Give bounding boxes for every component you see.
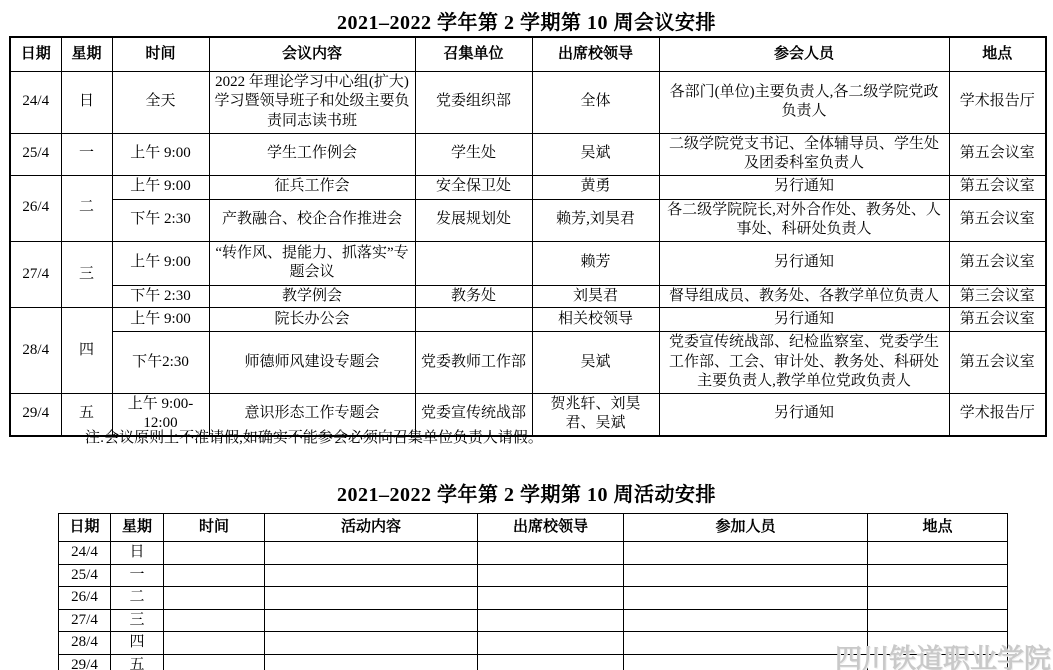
table-header-row: 日期 星期 时间 活动内容 出席校领导 参加人员 地点	[59, 514, 1008, 542]
cell-location: 第五会议室	[949, 175, 1046, 199]
column-header-content: 会议内容	[209, 37, 415, 71]
cell-participants: 另行通知	[659, 241, 949, 285]
column-header-location: 地点	[949, 37, 1046, 71]
column-header-participants: 参加人员	[624, 514, 868, 542]
cell-content	[265, 609, 478, 632]
cell-date: 27/4	[59, 609, 111, 632]
cell-date: 28/4	[10, 308, 61, 394]
cell-date: 28/4	[59, 632, 111, 655]
cell-week: 三	[111, 609, 164, 632]
cell-date: 25/4	[59, 564, 111, 587]
cell-date: 25/4	[10, 133, 61, 175]
cell-week: 日	[61, 71, 112, 133]
cell-week: 三	[61, 241, 112, 308]
cell-content: 师德师风建设专题会	[209, 332, 415, 394]
cell-location: 第五会议室	[949, 133, 1046, 175]
cell-time	[164, 654, 265, 670]
cell-participants: 各二级学院院长,对外合作处、教务处、人事处、科研处负责人	[659, 199, 949, 241]
cell-date: 24/4	[10, 71, 61, 133]
cell-unit	[415, 241, 532, 285]
cell-leaders	[478, 654, 624, 670]
cell-leaders: 赖芳,刘昊君	[532, 199, 659, 241]
activity-schedule-title: 2021–2022 学年第 2 学期第 10 周活动安排	[0, 478, 1053, 507]
cell-location: 学术报告厅	[949, 71, 1046, 133]
cell-date: 29/4	[10, 393, 61, 436]
cell-participants: 二级学院党支书记、全体辅导员、学生处及团委科室负责人	[659, 133, 949, 175]
cell-content: 2022 年理论学习中心组(扩大)学习暨领导班子和处级主要负责同志读书班	[209, 71, 415, 133]
cell-location	[868, 564, 1008, 587]
column-header-leaders: 出席校领导	[532, 37, 659, 71]
cell-date: 24/4	[59, 542, 111, 565]
cell-week: 四	[61, 308, 112, 394]
cell-week: 二	[111, 587, 164, 610]
cell-date: 26/4	[59, 587, 111, 610]
cell-participants: 党委宣传统战部、纪检监察室、党委学生工作部、工会、审计处、教务处、科研处主要负责…	[659, 332, 949, 394]
cell-leaders: 相关校领导	[532, 308, 659, 332]
cell-unit: 教务处	[415, 285, 532, 308]
cell-participants	[624, 609, 868, 632]
cell-participants	[624, 654, 868, 670]
cell-leaders	[478, 609, 624, 632]
meeting-schedule-table: 日期 星期 时间 会议内容 召集单位 出席校领导 参会人员 地点 24/4 日 …	[9, 36, 1047, 437]
cell-participants	[624, 632, 868, 655]
cell-date: 27/4	[10, 241, 61, 308]
cell-participants: 各部门(单位)主要负责人,各二级学院党政负责人	[659, 71, 949, 133]
cell-leaders: 贺兆轩、刘昊君、吴斌	[532, 393, 659, 436]
column-header-week: 星期	[111, 514, 164, 542]
cell-unit	[415, 308, 532, 332]
cell-unit: 党委教师工作部	[415, 332, 532, 394]
cell-time: 上午 9:00	[112, 308, 209, 332]
cell-time: 上午 9:00	[112, 175, 209, 199]
table-row: 25/4 一	[59, 564, 1008, 587]
cell-time	[164, 587, 265, 610]
cell-time	[164, 609, 265, 632]
cell-content	[265, 632, 478, 655]
cell-participants: 另行通知	[659, 308, 949, 332]
cell-content: 学生工作例会	[209, 133, 415, 175]
table-row: 27/4 三	[59, 609, 1008, 632]
cell-week: 五	[111, 654, 164, 670]
cell-time: 上午 9:00	[112, 241, 209, 285]
cell-content: 院长办公会	[209, 308, 415, 332]
cell-date: 29/4	[59, 654, 111, 670]
cell-participants	[624, 587, 868, 610]
cell-location	[868, 609, 1008, 632]
cell-week: 二	[61, 175, 112, 241]
cell-leaders: 黄勇	[532, 175, 659, 199]
table-row: 下午2:30 师德师风建设专题会 党委教师工作部 吴斌 党委宣传统战部、纪检监察…	[10, 332, 1046, 394]
cell-week: 一	[111, 564, 164, 587]
cell-leaders: 吴斌	[532, 332, 659, 394]
column-header-time: 时间	[112, 37, 209, 71]
cell-location: 第三会议室	[949, 285, 1046, 308]
cell-unit: 安全保卫处	[415, 175, 532, 199]
cell-week: 一	[61, 133, 112, 175]
cell-week: 日	[111, 542, 164, 565]
cell-unit: 学生处	[415, 133, 532, 175]
cell-content: 产教融合、校企合作推进会	[209, 199, 415, 241]
cell-unit: 党委组织部	[415, 71, 532, 133]
cell-date: 26/4	[10, 175, 61, 241]
cell-location: 第五会议室	[949, 308, 1046, 332]
cell-leaders: 吴斌	[532, 133, 659, 175]
cell-time	[164, 632, 265, 655]
table-row: 24/4 日 全天 2022 年理论学习中心组(扩大)学习暨领导班子和处级主要负…	[10, 71, 1046, 133]
cell-leaders	[478, 542, 624, 565]
cell-time: 下午 2:30	[112, 285, 209, 308]
cell-time	[164, 564, 265, 587]
cell-leaders: 全体	[532, 71, 659, 133]
cell-content: 教学例会	[209, 285, 415, 308]
cell-unit: 发展规划处	[415, 199, 532, 241]
cell-week: 四	[111, 632, 164, 655]
column-header-participants: 参会人员	[659, 37, 949, 71]
cell-location: 第五会议室	[949, 332, 1046, 394]
column-header-unit: 召集单位	[415, 37, 532, 71]
cell-content	[265, 542, 478, 565]
cell-time: 上午 9:00	[112, 133, 209, 175]
cell-time	[164, 542, 265, 565]
note-text: 注:会议原则上不准请假,如确实不能参会必须向召集单位负责人请假。	[85, 426, 543, 447]
table-row: 26/4 二 上午 9:00 征兵工作会 安全保卫处 黄勇 另行通知 第五会议室	[10, 175, 1046, 199]
table-row: 26/4 二	[59, 587, 1008, 610]
cell-leaders	[478, 632, 624, 655]
table-row: 27/4 三 上午 9:00 “转作风、提能力、抓落实”专题会议 赖芳 另行通知…	[10, 241, 1046, 285]
cell-participants	[624, 542, 868, 565]
column-header-time: 时间	[164, 514, 265, 542]
column-header-week: 星期	[61, 37, 112, 71]
cell-participants: 督导组成员、教务处、各教学单位负责人	[659, 285, 949, 308]
table-row: 下午 2:30 产教融合、校企合作推进会 发展规划处 赖芳,刘昊君 各二级学院院…	[10, 199, 1046, 241]
cell-content	[265, 587, 478, 610]
table-header-row: 日期 星期 时间 会议内容 召集单位 出席校领导 参会人员 地点	[10, 37, 1046, 71]
document-page: 2021–2022 学年第 2 学期第 10 周会议安排 日期 星期 时间 会议…	[0, 0, 1053, 670]
cell-location	[868, 542, 1008, 565]
column-header-date: 日期	[10, 37, 61, 71]
cell-leaders: 刘昊君	[532, 285, 659, 308]
cell-time: 全天	[112, 71, 209, 133]
cell-location: 第五会议室	[949, 241, 1046, 285]
cell-content	[265, 564, 478, 587]
cell-leaders	[478, 564, 624, 587]
cell-content: “转作风、提能力、抓落实”专题会议	[209, 241, 415, 285]
cell-location	[868, 587, 1008, 610]
cell-content: 征兵工作会	[209, 175, 415, 199]
table-row: 25/4 一 上午 9:00 学生工作例会 学生处 吴斌 二级学院党支书记、全体…	[10, 133, 1046, 175]
cell-participants: 另行通知	[659, 175, 949, 199]
table-row: 下午 2:30 教学例会 教务处 刘昊君 督导组成员、教务处、各教学单位负责人 …	[10, 285, 1046, 308]
table-row: 24/4 日	[59, 542, 1008, 565]
column-header-content: 活动内容	[265, 514, 478, 542]
college-watermark: 四川铁道职业学院	[835, 637, 1051, 670]
cell-time: 下午2:30	[112, 332, 209, 394]
cell-leaders	[478, 587, 624, 610]
cell-content	[265, 654, 478, 670]
cell-leaders: 赖芳	[532, 241, 659, 285]
cell-participants	[624, 564, 868, 587]
column-header-leaders: 出席校领导	[478, 514, 624, 542]
cell-participants: 另行通知	[659, 393, 949, 436]
cell-time: 下午 2:30	[112, 199, 209, 241]
cell-location: 第五会议室	[949, 199, 1046, 241]
column-header-date: 日期	[59, 514, 111, 542]
cell-location: 学术报告厅	[949, 393, 1046, 436]
column-header-location: 地点	[868, 514, 1008, 542]
table-row: 28/4 四 上午 9:00 院长办公会 相关校领导 另行通知 第五会议室	[10, 308, 1046, 332]
meeting-schedule-title: 2021–2022 学年第 2 学期第 10 周会议安排	[0, 6, 1053, 35]
